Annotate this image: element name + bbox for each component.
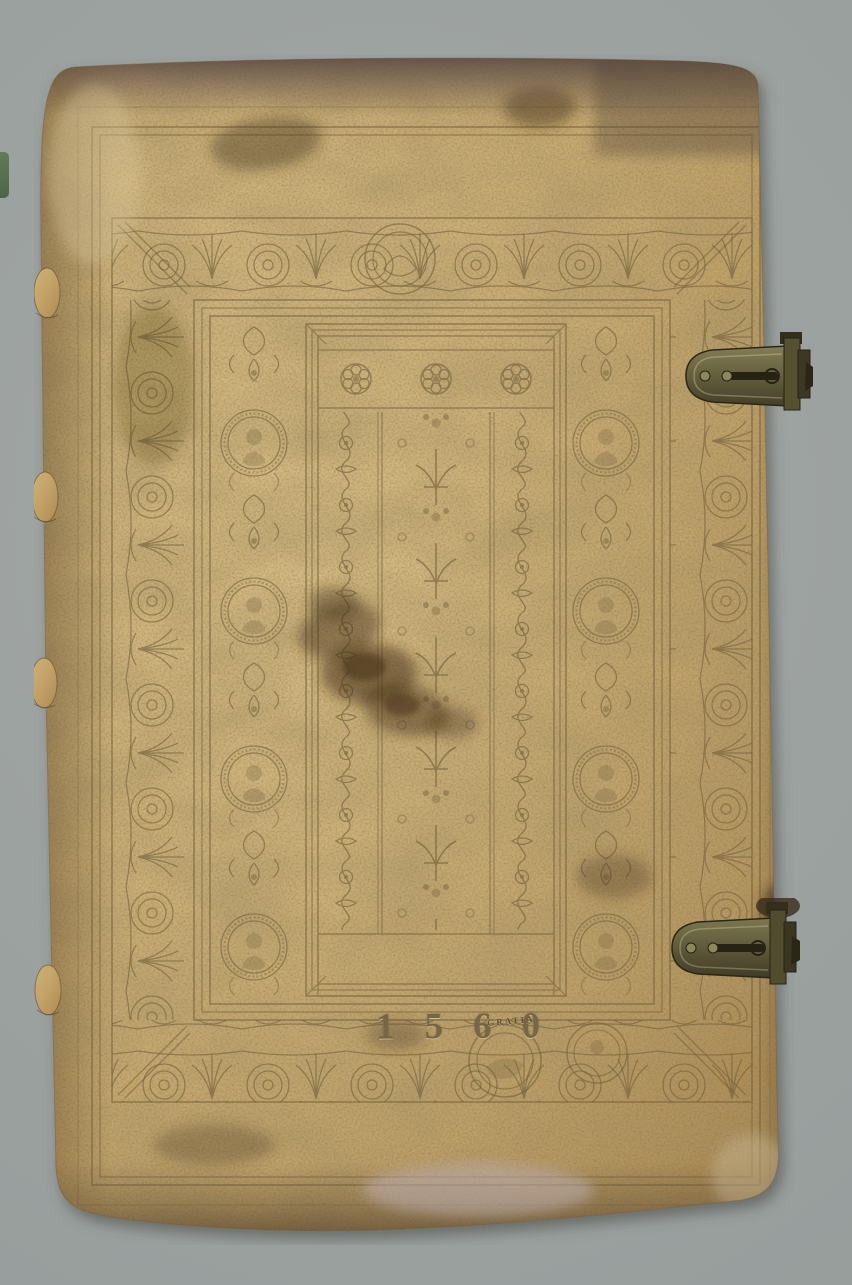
cover-decoration bbox=[34, 55, 794, 1245]
date-stamp: 1560 bbox=[344, 1005, 588, 1051]
clasp-upper bbox=[672, 332, 814, 420]
book-cover bbox=[34, 55, 794, 1245]
photo-background: 1560 GRATIA bbox=[0, 0, 852, 1285]
green-fragment bbox=[0, 152, 9, 198]
clasp-lower bbox=[656, 898, 806, 992]
